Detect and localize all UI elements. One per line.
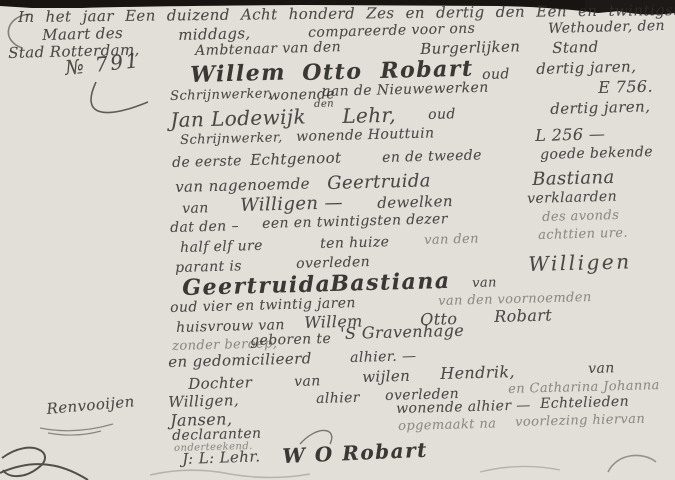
handwriting-fragment: Schrijnwerker, — [180, 131, 283, 147]
document-scan: № 791 Renvooijen In het jaar Een duizend… — [0, 0, 675, 480]
handwriting-fragment: goede bekende — [540, 145, 653, 162]
handwriting-fragment: van — [182, 201, 209, 216]
second-informant-surname: Lehr, — [342, 105, 396, 126]
handwriting-fragment: en gedomicilieerd — [168, 351, 312, 370]
bottom-right-curl — [608, 455, 656, 472]
bottom-cut-scrawl-right — [480, 466, 560, 472]
handwriting-fragment: dewelken — [377, 194, 453, 211]
handwriting-fragment: ten huize — [320, 235, 389, 251]
handwriting-fragment: dertig jaren, — [536, 59, 636, 77]
death-date: een en twintigsten dezer — [262, 212, 448, 231]
deceased-middle-name: Bastiana — [532, 169, 615, 189]
handwriting-fragment: van nagenoemde — [175, 176, 310, 195]
bottom-cut-scrawl-left — [150, 470, 310, 477]
record-number-flourish — [91, 82, 148, 113]
handwriting-fragment: wonende alhier — — [396, 398, 531, 416]
corner-flourish — [0, 448, 88, 480]
handwriting-fragment: parant is — [175, 259, 242, 275]
handwriting-fragment: compareerde voor ons — [308, 22, 475, 40]
handwriting-fragment: Echtgenoot — [250, 151, 342, 168]
father-first-name: Hendrik, — [440, 364, 515, 382]
handwriting-fragment: verklaarden — [527, 190, 617, 206]
handwriting-fragment: van den — [424, 233, 479, 247]
handwriting-fragment: Stad Rotterdam, — [8, 43, 140, 61]
handwriting-fragment: voorlezing hiervan — [515, 413, 645, 429]
deceased-middle-name: Bastiana — [330, 270, 451, 295]
handwriting-fragment: Stand — [552, 40, 599, 56]
handwriting-fragment: en de tweede — [382, 148, 482, 165]
handwriting-fragment: middags, — [178, 26, 251, 43]
handwriting-fragment: opgemaakt na — [398, 417, 496, 433]
informant-middle-name: Otto — [302, 60, 363, 84]
handwriting-fragment: des avonds — [542, 209, 619, 224]
informant-first-name: Willem — [190, 61, 286, 85]
handwriting-fragment: wijlen — [362, 369, 410, 385]
mother-name: en Catharina Johanna — [508, 379, 660, 396]
second-informant-name: Jan Lodewijk — [170, 106, 306, 130]
margin-annotation: Renvooijen — [46, 394, 135, 417]
handwriting-fragment: Ambtenaar van den — [195, 40, 341, 58]
deceased-surname: Willigen — [528, 251, 632, 274]
inserted-word: den — [314, 99, 334, 110]
signature-robart: W O Robart — [282, 440, 428, 466]
father-surname: Willigen, — [168, 393, 239, 410]
deceased-surname: Willigen — — [240, 194, 343, 215]
handwriting-fragment: de eerste — [172, 154, 242, 170]
spouse-surname: Robart — [494, 307, 552, 325]
handwriting-fragment: van — [588, 361, 615, 376]
deceased-first-name: Geertruida — [327, 172, 431, 193]
house-number: E 756. — [598, 79, 653, 96]
handwriting-fragment: Schrijnwerker, — [170, 87, 273, 103]
informant-surname: Robart — [380, 58, 474, 82]
handwriting-fragment: overleden — [296, 255, 370, 271]
handwriting-fragment: Wethouder, den — [548, 19, 665, 36]
handwriting-fragment: aan de Nieuwewerken — [322, 81, 489, 99]
handwriting-fragment: dat den – — [170, 219, 239, 235]
handwriting-fragment: Echtelieden — [540, 395, 629, 411]
deceased-first-name: Geertruida — [182, 273, 332, 299]
handwriting-fragment: wonende Houttuin — [296, 126, 435, 144]
handwriting-fragment: van — [294, 374, 321, 389]
handwriting-fragment: Burgerlijken — [420, 39, 521, 57]
handwriting-fragment: van — [472, 276, 497, 290]
signature-lehr: J: L: Lehr. — [182, 449, 261, 467]
handwriting-fragment: Dochter — [188, 375, 252, 392]
handwriting-fragment: oud — [428, 107, 456, 122]
birthplace: 'S Gravenhage — [340, 323, 464, 342]
house-number: L 256 — — [535, 126, 606, 144]
handwriting-fragment: achttien ure. — [538, 227, 628, 242]
death-time: half elf ure — [180, 239, 263, 255]
handwriting-fragment: alhier. — — [350, 349, 417, 365]
margin-note-flourish — [40, 424, 113, 435]
handwriting-fragment: geboren te — [250, 332, 331, 348]
handwriting-fragment: alhier — [316, 391, 360, 406]
handwriting-fragment: dertig jaren, — [550, 99, 650, 117]
